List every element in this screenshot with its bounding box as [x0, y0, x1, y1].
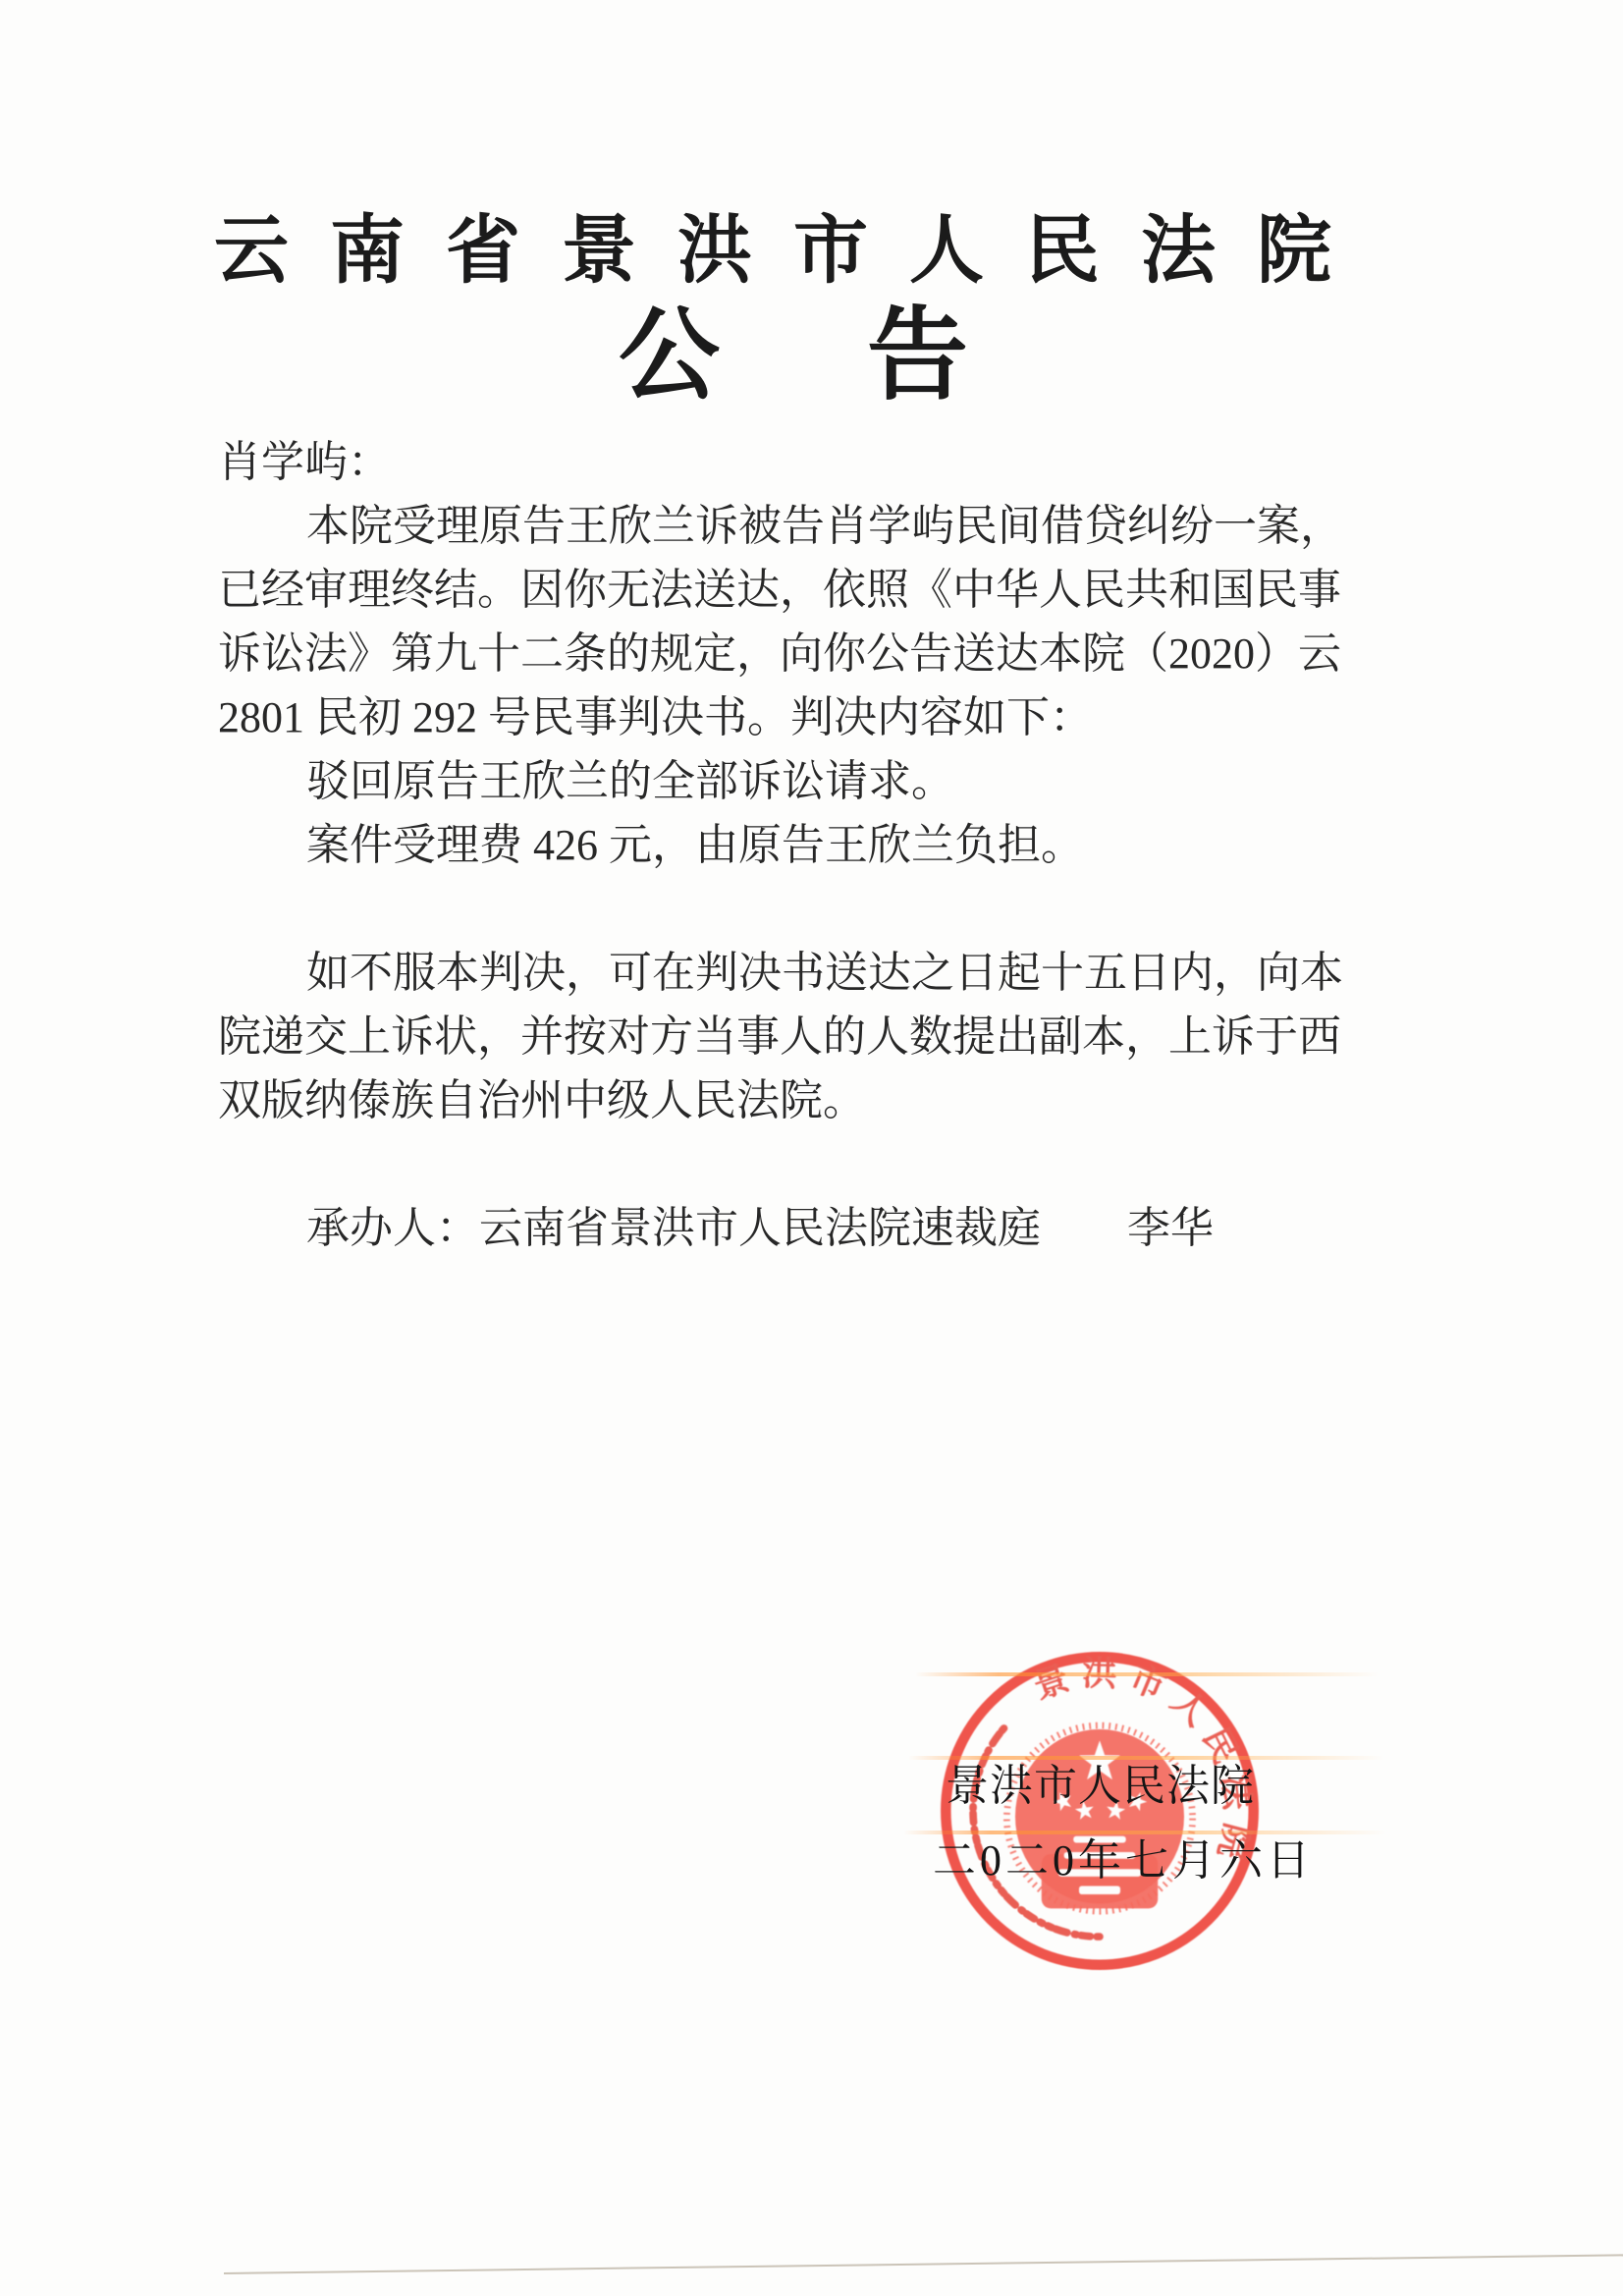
notice-body: 肖学屿： 本院受理原告王欣兰诉被告肖学屿民间借贷纠纷一案， 已经审理终结。因你无… [218, 430, 1343, 1260]
doc-line: 2801 民初 292 号民事判决书。判决内容如下： [218, 685, 1343, 749]
doc-line: 已经审理终结。因你无法送达，依照《中华人民共和国民事 [218, 558, 1343, 622]
doc-line: 驳回原告王欣兰的全部诉讼请求。 [218, 749, 1343, 813]
doc-line: 案件受理费 426 元，由原告王欣兰负担。 [218, 813, 1343, 877]
doc-line: 院递交上诉状，并按对方当事人的人数提出副本，上诉于西 [218, 1005, 1343, 1068]
signature-court-name: 景洪市人民法院 [946, 1750, 1255, 1813]
blank-line [218, 1132, 1343, 1196]
scan-streak [915, 1672, 1379, 1676]
court-title: 云南省景洪市人民法院 [214, 214, 1373, 289]
notice-title: 公告 [619, 304, 1115, 406]
undertaker-line: 承办人：云南省景洪市人民法院速裁庭 李华 [218, 1196, 1343, 1260]
doc-line: 诉讼法》第九十二条的规定，向你公告送达本院（2020）云 [218, 622, 1343, 685]
doc-line: 双版纳傣族自治州中级人民法院。 [218, 1068, 1343, 1132]
document-page: 云南省景洪市人民法院 公告 肖学屿： 本院受理原告王欣兰诉被告肖学屿民间借贷纠纷… [0, 0, 1623, 2296]
signature-date: 二0二0年七月六日 [933, 1825, 1314, 1887]
blank-line [218, 877, 1343, 941]
doc-line: 本院受理原告王欣兰诉被告肖学屿民间借贷纠纷一案， [218, 494, 1343, 558]
paper-edge-line [224, 2254, 1623, 2274]
doc-line: 如不服本判决，可在判决书送达之日起十五日内，向本 [218, 941, 1343, 1005]
salutation: 肖学屿： [218, 430, 1343, 494]
